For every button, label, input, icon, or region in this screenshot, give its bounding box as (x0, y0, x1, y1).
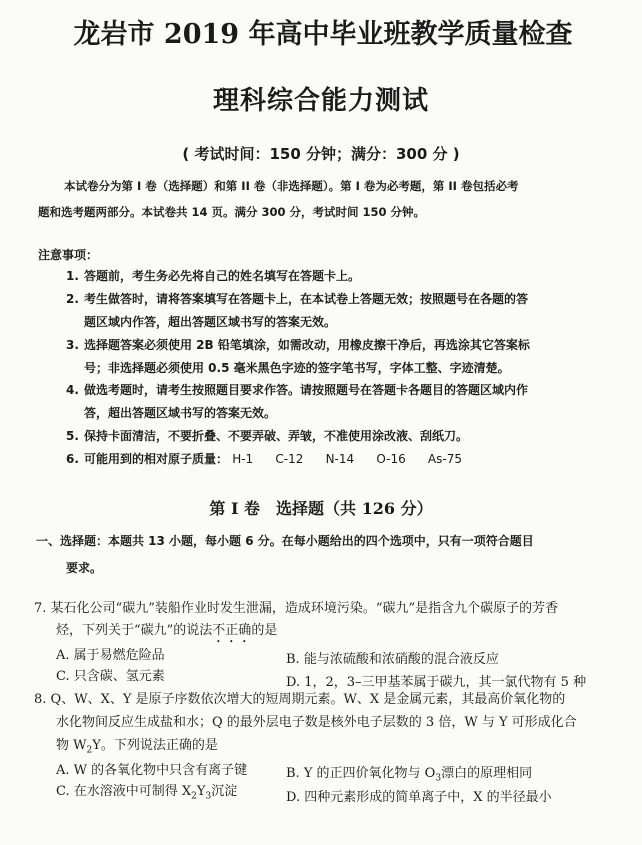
note-item-4-cont: 答，超出答题区域书写的答案无效。 (84, 404, 276, 421)
question-8-stem-1: 8. Q、W、X、Y 是原子序数依次增大的短周期元素。W、X 是金属元素，其最高… (34, 688, 565, 707)
exam-subject: 理科综合能力测试 (0, 80, 642, 117)
notes-heading: 注意事项： (38, 246, 98, 263)
note-item-6: 6.可能用到的相对原子质量： H-1 C-12 N-14 O-16 As-75 (66, 450, 480, 467)
part-instructions-2: 要求。 (66, 559, 102, 576)
question-7-stem-2: 烃，下列关于“碳九”的说法不正确的是 (56, 619, 277, 646)
note-item-3-cont: 号；非选择题必须使用 0.5 毫米黑色字迹的签字笔书写，字体工整、字迹清楚。 (84, 359, 510, 376)
exam-title: 龙岩市 2019 年高中毕业班教学质量检查 (0, 12, 642, 51)
question-8-stem-2: 水化物间反应生成盐和水；Q 的最外层电子数是核外电子层数的 3 倍，W 与 Y … (56, 711, 577, 730)
note-item-2: 2.考生做答时，请将答案填写在答题卡上，在本试卷上答题无效；按照题号在各题的答 (66, 290, 528, 307)
question-7-stem-1: 7. 某石化公司“碳九”装船作业时发生泄漏，造成环境污染。“碳九”是指含九个碳原… (34, 597, 558, 616)
section-title: 第 I 卷 选择题（共 126 分） (0, 496, 642, 519)
atomic-masses: H-1 C-12 N-14 O-16 As-75 (232, 452, 480, 466)
part-instructions-1: 一、选择题：本题共 13 小题，每小题 6 分。在每小题给出的四个选项中，只有一… (36, 532, 534, 549)
note-item-5: 5.保持卡面清洁，不要折叠、不要弄破、弄皱，不准使用涂改液、刮纸刀。 (66, 427, 468, 444)
question-8-option-a: A. W 的各氧化物中只含有离子键 (56, 759, 247, 778)
question-8-option-b: B. Y 的正四价氧化物与 O3漂白的原理相同 (286, 762, 532, 784)
question-7-option-c: C. 只含碳、氢元素 (56, 665, 165, 684)
exam-info: ( 考试时间：150 分钟；满分：300 分 ) (0, 143, 642, 164)
note-item-4: 4.做选考题时，请考生按照题目要求作答。请按照题号在答题卡各题目的答题区域内作 (66, 381, 528, 398)
question-8-option-d: D. 四种元素形成的简单离子中，X 的半径最小 (286, 786, 552, 805)
emphasis-not-correct: 不正确 (212, 623, 251, 638)
intro-line-2: 题和选考题两部分。本试卷共 14 页。满分 300 分，考试时间 150 分钟。 (38, 204, 425, 220)
note-item-2-cont: 题区域内作答，超出答题区域书写的答案无效。 (84, 313, 336, 330)
note-item-3: 3.选择题答案必须使用 2B 铅笔填涂，如需改动，用橡皮擦干净后，再选涂其它答案… (66, 336, 530, 353)
question-8-stem-3: 物 W2Y。下列说法正确的是 (56, 734, 218, 756)
note-item-1: 1.答题前，考生务必先将自己的姓名填写在答题卡上。 (66, 267, 360, 284)
question-7-option-b: B. 能与浓硫酸和浓硝酸的混合液反应 (286, 648, 499, 667)
question-8-option-c: C. 在水溶液中可制得 X2Y3沉淀 (56, 780, 237, 802)
intro-line-1: 本试卷分为第 I 卷（选择题）和第 II 卷（非选择题）。第 I 卷为必考题，第… (64, 178, 518, 194)
question-7-option-a: A. 属于易燃危险品 (56, 644, 165, 663)
